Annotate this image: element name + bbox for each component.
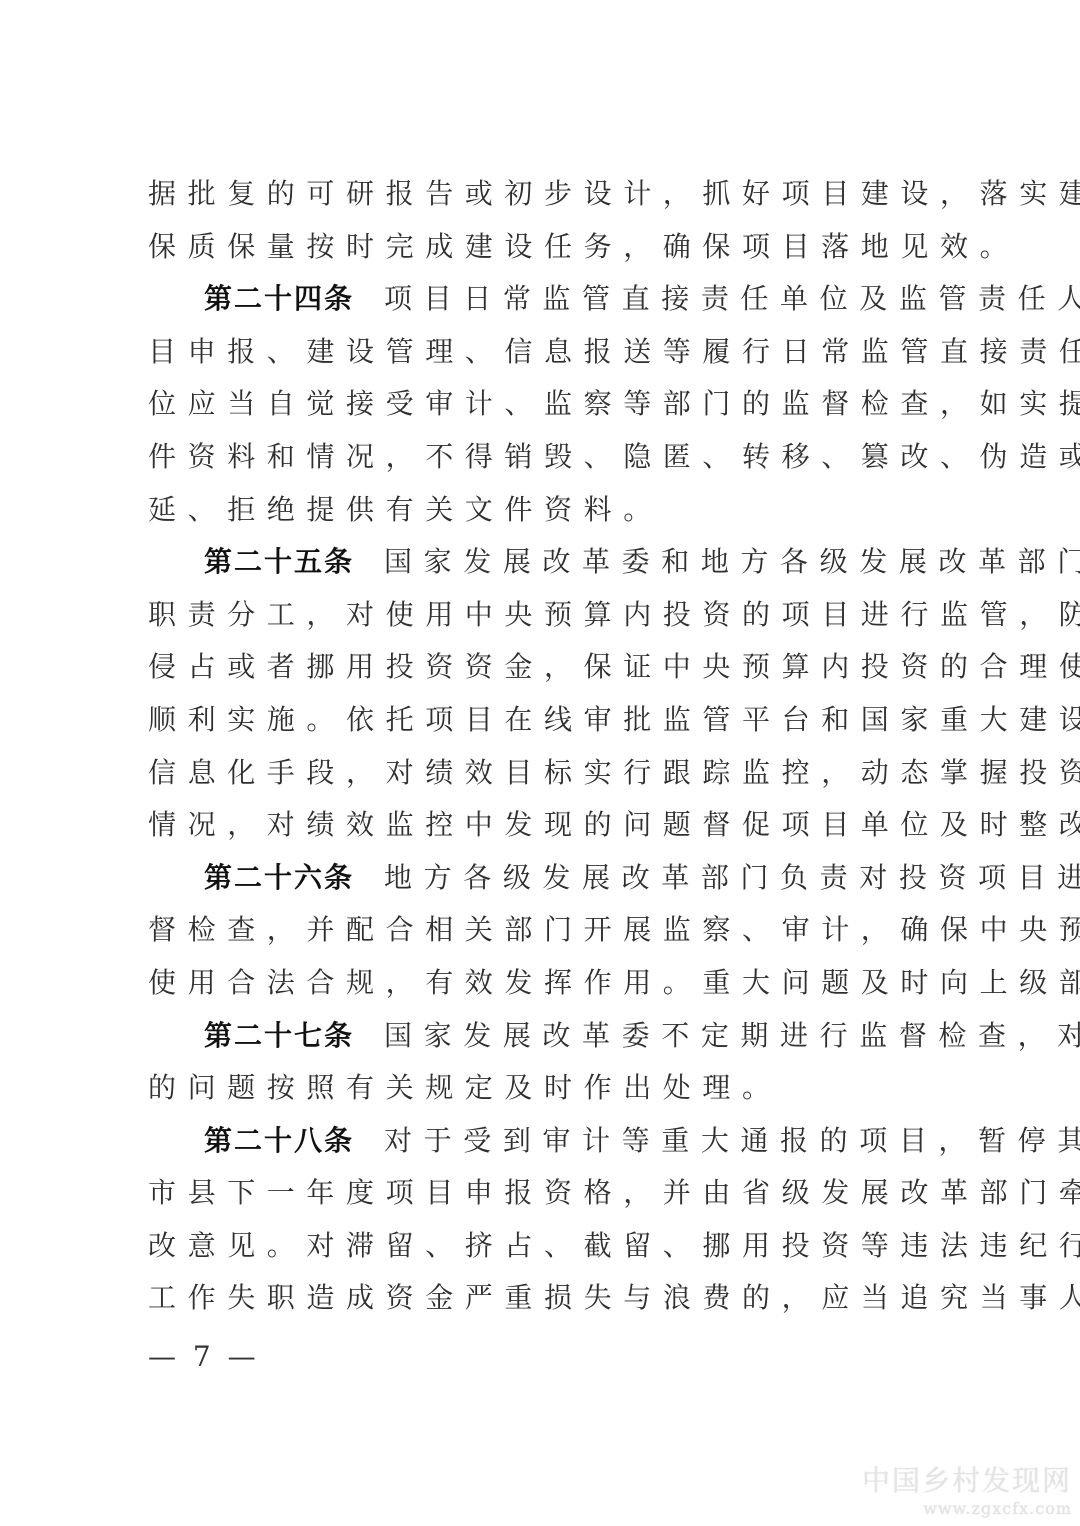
line-text: 对于受到审计等重大通报的项目，暂停其所在: [384, 1124, 1080, 1157]
article-number: 第二十五条: [204, 545, 354, 578]
line-text: 延、拒绝提供有关文件资料。: [148, 493, 663, 526]
article-number: 第二十四条: [204, 282, 354, 315]
line-text: 改意见。对滞留、挤占、截留、挪用投资等违法违纪行为，或因: [148, 1229, 1080, 1262]
line-text: 国家发展改革委和地方各级发展改革部门根据: [384, 545, 1080, 578]
text-line: 目申报、建设管理、信息报送等履行日常监管直接责任。项目单: [148, 326, 938, 379]
article-heading-line: 第二十七条国家发展改革委不定期进行监督检查，对发现: [148, 1010, 938, 1063]
line-text: 工作失职造成资金严重损失与浪费的，应当追究当事人和有关负: [148, 1281, 1080, 1314]
article-number: 第二十六条: [204, 861, 354, 894]
text-line: 职责分工，对使用中央预算内投资的项目进行监管，防止转移、: [148, 589, 938, 642]
line-text: 市县下一年度项目申报资格，并由省级发展改革部门牵头提出整: [148, 1176, 1080, 1209]
line-text: 项目日常监管直接责任单位及监管责任人对项: [384, 282, 1080, 315]
page-number: — 7 —: [148, 1340, 260, 1373]
line-text: 使用合法合规，有效发挥作用。重大问题及时向上级部门报告。: [148, 966, 1080, 999]
text-line: 市县下一年度项目申报资格，并由省级发展改革部门牵头提出整: [148, 1167, 938, 1220]
text-line: 工作失职造成资金严重损失与浪费的，应当追究当事人和有关负: [148, 1272, 938, 1325]
watermark-site-name: 中国乡村发现网: [862, 1459, 1072, 1499]
article-number: 第二十七条: [204, 1019, 354, 1052]
document-page: 据批复的可研报告或初步设计，抓好项目建设，落实建管责任，保质保量按时完成建设任务…: [0, 0, 1080, 1526]
line-text: 件资料和情况，不得销毁、隐匿、转移、篡改、伪造或者无故拖: [148, 440, 1080, 473]
text-line: 督检查，并配合相关部门开展监察、审计，确保中央预算内投资: [148, 904, 938, 957]
text-line: 的问题按照有关规定及时作出处理。: [148, 1062, 938, 1115]
watermark: 中国乡村发现网 www.zgxcfx.com: [862, 1459, 1072, 1518]
text-line: 情况，对绩效监控中发现的问题督促项目单位及时整改。: [148, 799, 938, 852]
line-text: 督检查，并配合相关部门开展监察、审计，确保中央预算内投资: [148, 913, 1080, 946]
text-line: 据批复的可研报告或初步设计，抓好项目建设，落实建管责任，: [148, 168, 938, 221]
line-text: 地方各级发展改革部门负责对投资项目进行监: [384, 861, 1080, 894]
line-text: 位应当自觉接受审计、监察等部门的监督检查，如实提供相关文: [148, 387, 1080, 420]
line-text: 国家发展改革委不定期进行监督检查，对发现: [384, 1019, 1080, 1052]
line-text: 据批复的可研报告或初步设计，抓好项目建设，落实建管责任，: [148, 177, 1080, 210]
text-line: 位应当自觉接受审计、监察等部门的监督检查，如实提供相关文: [148, 378, 938, 431]
text-line: 使用合法合规，有效发挥作用。重大问题及时向上级部门报告。: [148, 957, 938, 1010]
line-text: 职责分工，对使用中央预算内投资的项目进行监管，防止转移、: [148, 598, 1080, 631]
line-text: 保质保量按时完成建设任务，确保项目落地见效。: [148, 230, 1019, 263]
line-text: 情况，对绩效监控中发现的问题督促项目单位及时整改。: [148, 808, 1080, 841]
watermark-url: www.zgxcfx.com: [862, 1499, 1072, 1518]
text-line: 改意见。对滞留、挤占、截留、挪用投资等违法违纪行为，或因: [148, 1220, 938, 1273]
line-text: 顺利实施。依托项目在线审批监管平台和国家重大建设项目库等: [148, 703, 1080, 736]
line-text: 的问题按照有关规定及时作出处理。: [148, 1071, 782, 1104]
document-body: 据批复的可研报告或初步设计，抓好项目建设，落实建管责任，保质保量按时完成建设任务…: [148, 168, 938, 1325]
article-heading-line: 第二十五条国家发展改革委和地方各级发展改革部门根据: [148, 536, 938, 589]
text-line: 信息化手段，对绩效目标实行跟踪监控，动态掌握投资绩效执行: [148, 747, 938, 800]
text-line: 顺利实施。依托项目在线审批监管平台和国家重大建设项目库等: [148, 694, 938, 747]
line-text: 信息化手段，对绩效目标实行跟踪监控，动态掌握投资绩效执行: [148, 756, 1080, 789]
article-heading-line: 第二十六条地方各级发展改革部门负责对投资项目进行监: [148, 852, 938, 905]
text-line: 件资料和情况，不得销毁、隐匿、转移、篡改、伪造或者无故拖: [148, 431, 938, 484]
line-text: 侵占或者挪用投资资金，保证中央预算内投资的合理使用和项目: [148, 650, 1080, 683]
line-text: 目申报、建设管理、信息报送等履行日常监管直接责任。项目单: [148, 335, 1080, 368]
article-heading-line: 第二十四条项目日常监管直接责任单位及监管责任人对项: [148, 273, 938, 326]
text-line: 延、拒绝提供有关文件资料。: [148, 484, 938, 537]
article-heading-line: 第二十八条对于受到审计等重大通报的项目，暂停其所在: [148, 1115, 938, 1168]
text-line: 保质保量按时完成建设任务，确保项目落地见效。: [148, 221, 938, 274]
text-line: 侵占或者挪用投资资金，保证中央预算内投资的合理使用和项目: [148, 641, 938, 694]
article-number: 第二十八条: [204, 1124, 354, 1157]
